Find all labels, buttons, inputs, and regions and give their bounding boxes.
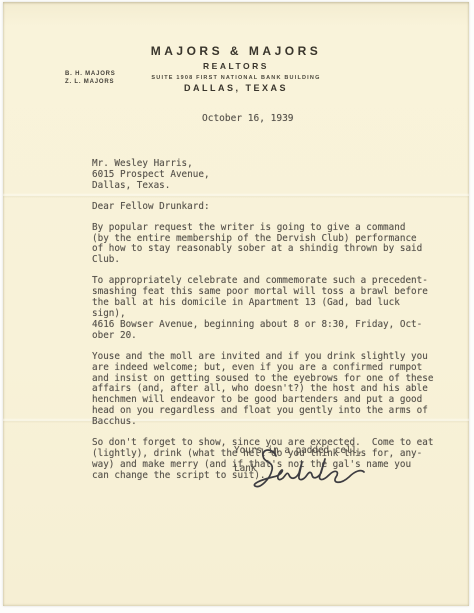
salutation: Dear Fellow Drunkard: xyxy=(92,202,437,213)
recipient-address: Mr. Wesley Harris, 6015 Prospect Avenue,… xyxy=(92,159,437,192)
letter-date: October 16, 1939 xyxy=(202,113,294,124)
partner-name-1: B. H. MAJORS xyxy=(65,71,116,79)
partner-names: B. H. MAJORS Z. L. MAJORS xyxy=(65,71,116,86)
signature-stroke xyxy=(254,450,364,487)
partner-name-2: Z. L. MAJORS xyxy=(65,79,116,87)
scanned-letter: MAJORS & MAJORS REALTORS SUITE 1908 FIRS… xyxy=(0,0,474,613)
company-subtitle: REALTORS xyxy=(3,61,469,71)
paragraph-2: To appropriately celebrate and commemora… xyxy=(92,276,437,341)
paragraph-3: Youse and the moll are invited and if yo… xyxy=(92,352,437,428)
paragraph-1: By popular request the writer is going t… xyxy=(92,223,437,267)
handwritten-signature xyxy=(246,442,366,498)
letter-paper: MAJORS & MAJORS REALTORS SUITE 1908 FIRS… xyxy=(3,2,469,606)
company-name: MAJORS & MAJORS xyxy=(3,44,469,58)
